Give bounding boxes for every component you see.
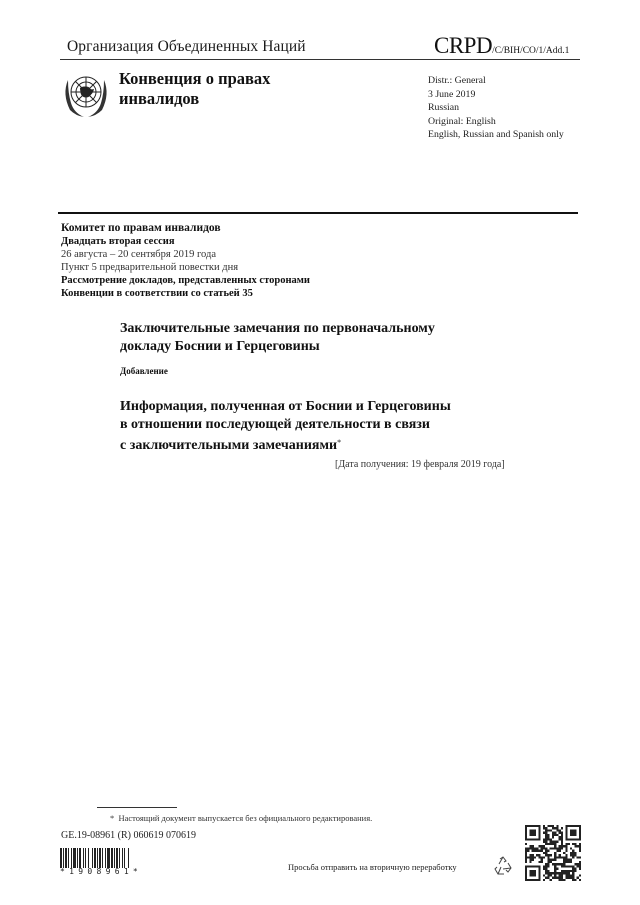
barcode-text: *1908961* bbox=[60, 867, 158, 876]
job-number: GE.19-08961 (R) 060619 070619 bbox=[61, 830, 196, 841]
convention-title: Конвенция о правах инвалидов bbox=[119, 69, 319, 109]
document-title-line2: докладу Боснии и Герцеговины bbox=[120, 338, 435, 356]
footnote-text: Настоящий документ выпускается без офици… bbox=[119, 813, 373, 823]
distr-date: 3 June 2019 bbox=[428, 88, 564, 102]
distr-label: Distr.: General bbox=[428, 74, 564, 88]
agenda-item: Пункт 5 предварительной повестки дня bbox=[61, 261, 310, 274]
recycle-text: Просьба отправить на вторичную переработ… bbox=[288, 862, 457, 872]
distr-languages: English, Russian and Spanish only bbox=[428, 128, 564, 142]
committee-name: Комитет по правам инвалидов bbox=[61, 221, 310, 235]
footnote: * Настоящий документ выпускается без офи… bbox=[110, 813, 372, 823]
header-rule bbox=[60, 59, 580, 60]
received-date: [Дата получения: 19 февраля 2019 года] bbox=[335, 459, 505, 470]
organization-name: Организация Объединенных Наций bbox=[67, 38, 306, 56]
addendum-label: Добавление bbox=[120, 366, 168, 376]
qr-code-icon bbox=[525, 825, 581, 881]
convention-title-line1: Конвенция о правах bbox=[119, 69, 319, 89]
recycle-icon bbox=[492, 855, 514, 877]
document-symbol: CRPD/C/BIH/CO/1/Add.1 bbox=[434, 33, 569, 59]
document-title: Заключительные замечания по первоначальн… bbox=[120, 320, 435, 356]
barcode bbox=[60, 848, 158, 868]
session: Двадцать вторая сессия bbox=[61, 235, 310, 248]
agenda-title-1: Рассмотрение докладов, представленных ст… bbox=[61, 274, 310, 287]
distr-language: Russian bbox=[428, 101, 564, 115]
committee-block: Комитет по правам инвалидов Двадцать вто… bbox=[61, 221, 310, 300]
info-title: Информация, полученная от Боснии и Герце… bbox=[120, 398, 451, 455]
section-rule bbox=[58, 212, 578, 214]
document-title-line1: Заключительные замечания по первоначальн… bbox=[120, 320, 435, 338]
footnote-marker: * bbox=[110, 813, 114, 823]
session-dates: 26 августа – 20 сентября 2019 года bbox=[61, 248, 310, 261]
info-title-line3: с заключительными замечаниями bbox=[120, 438, 337, 453]
un-emblem-icon bbox=[62, 68, 110, 120]
agenda-title-2: Конвенции в соответствии со статьей 35 bbox=[61, 287, 310, 300]
footnote-ref[interactable]: * bbox=[337, 438, 341, 447]
distribution-block: Distr.: General 3 June 2019 Russian Orig… bbox=[428, 74, 564, 142]
symbol-suffix: /C/BIH/CO/1/Add.1 bbox=[492, 46, 569, 56]
symbol-main: CRPD bbox=[434, 33, 492, 58]
distr-original: Original: English bbox=[428, 115, 564, 129]
footnote-separator bbox=[97, 807, 177, 808]
info-title-line1: Информация, полученная от Боснии и Герце… bbox=[120, 398, 451, 416]
convention-title-line2: инвалидов bbox=[119, 89, 319, 109]
info-title-line2: в отношении последующей деятельности в с… bbox=[120, 416, 451, 434]
